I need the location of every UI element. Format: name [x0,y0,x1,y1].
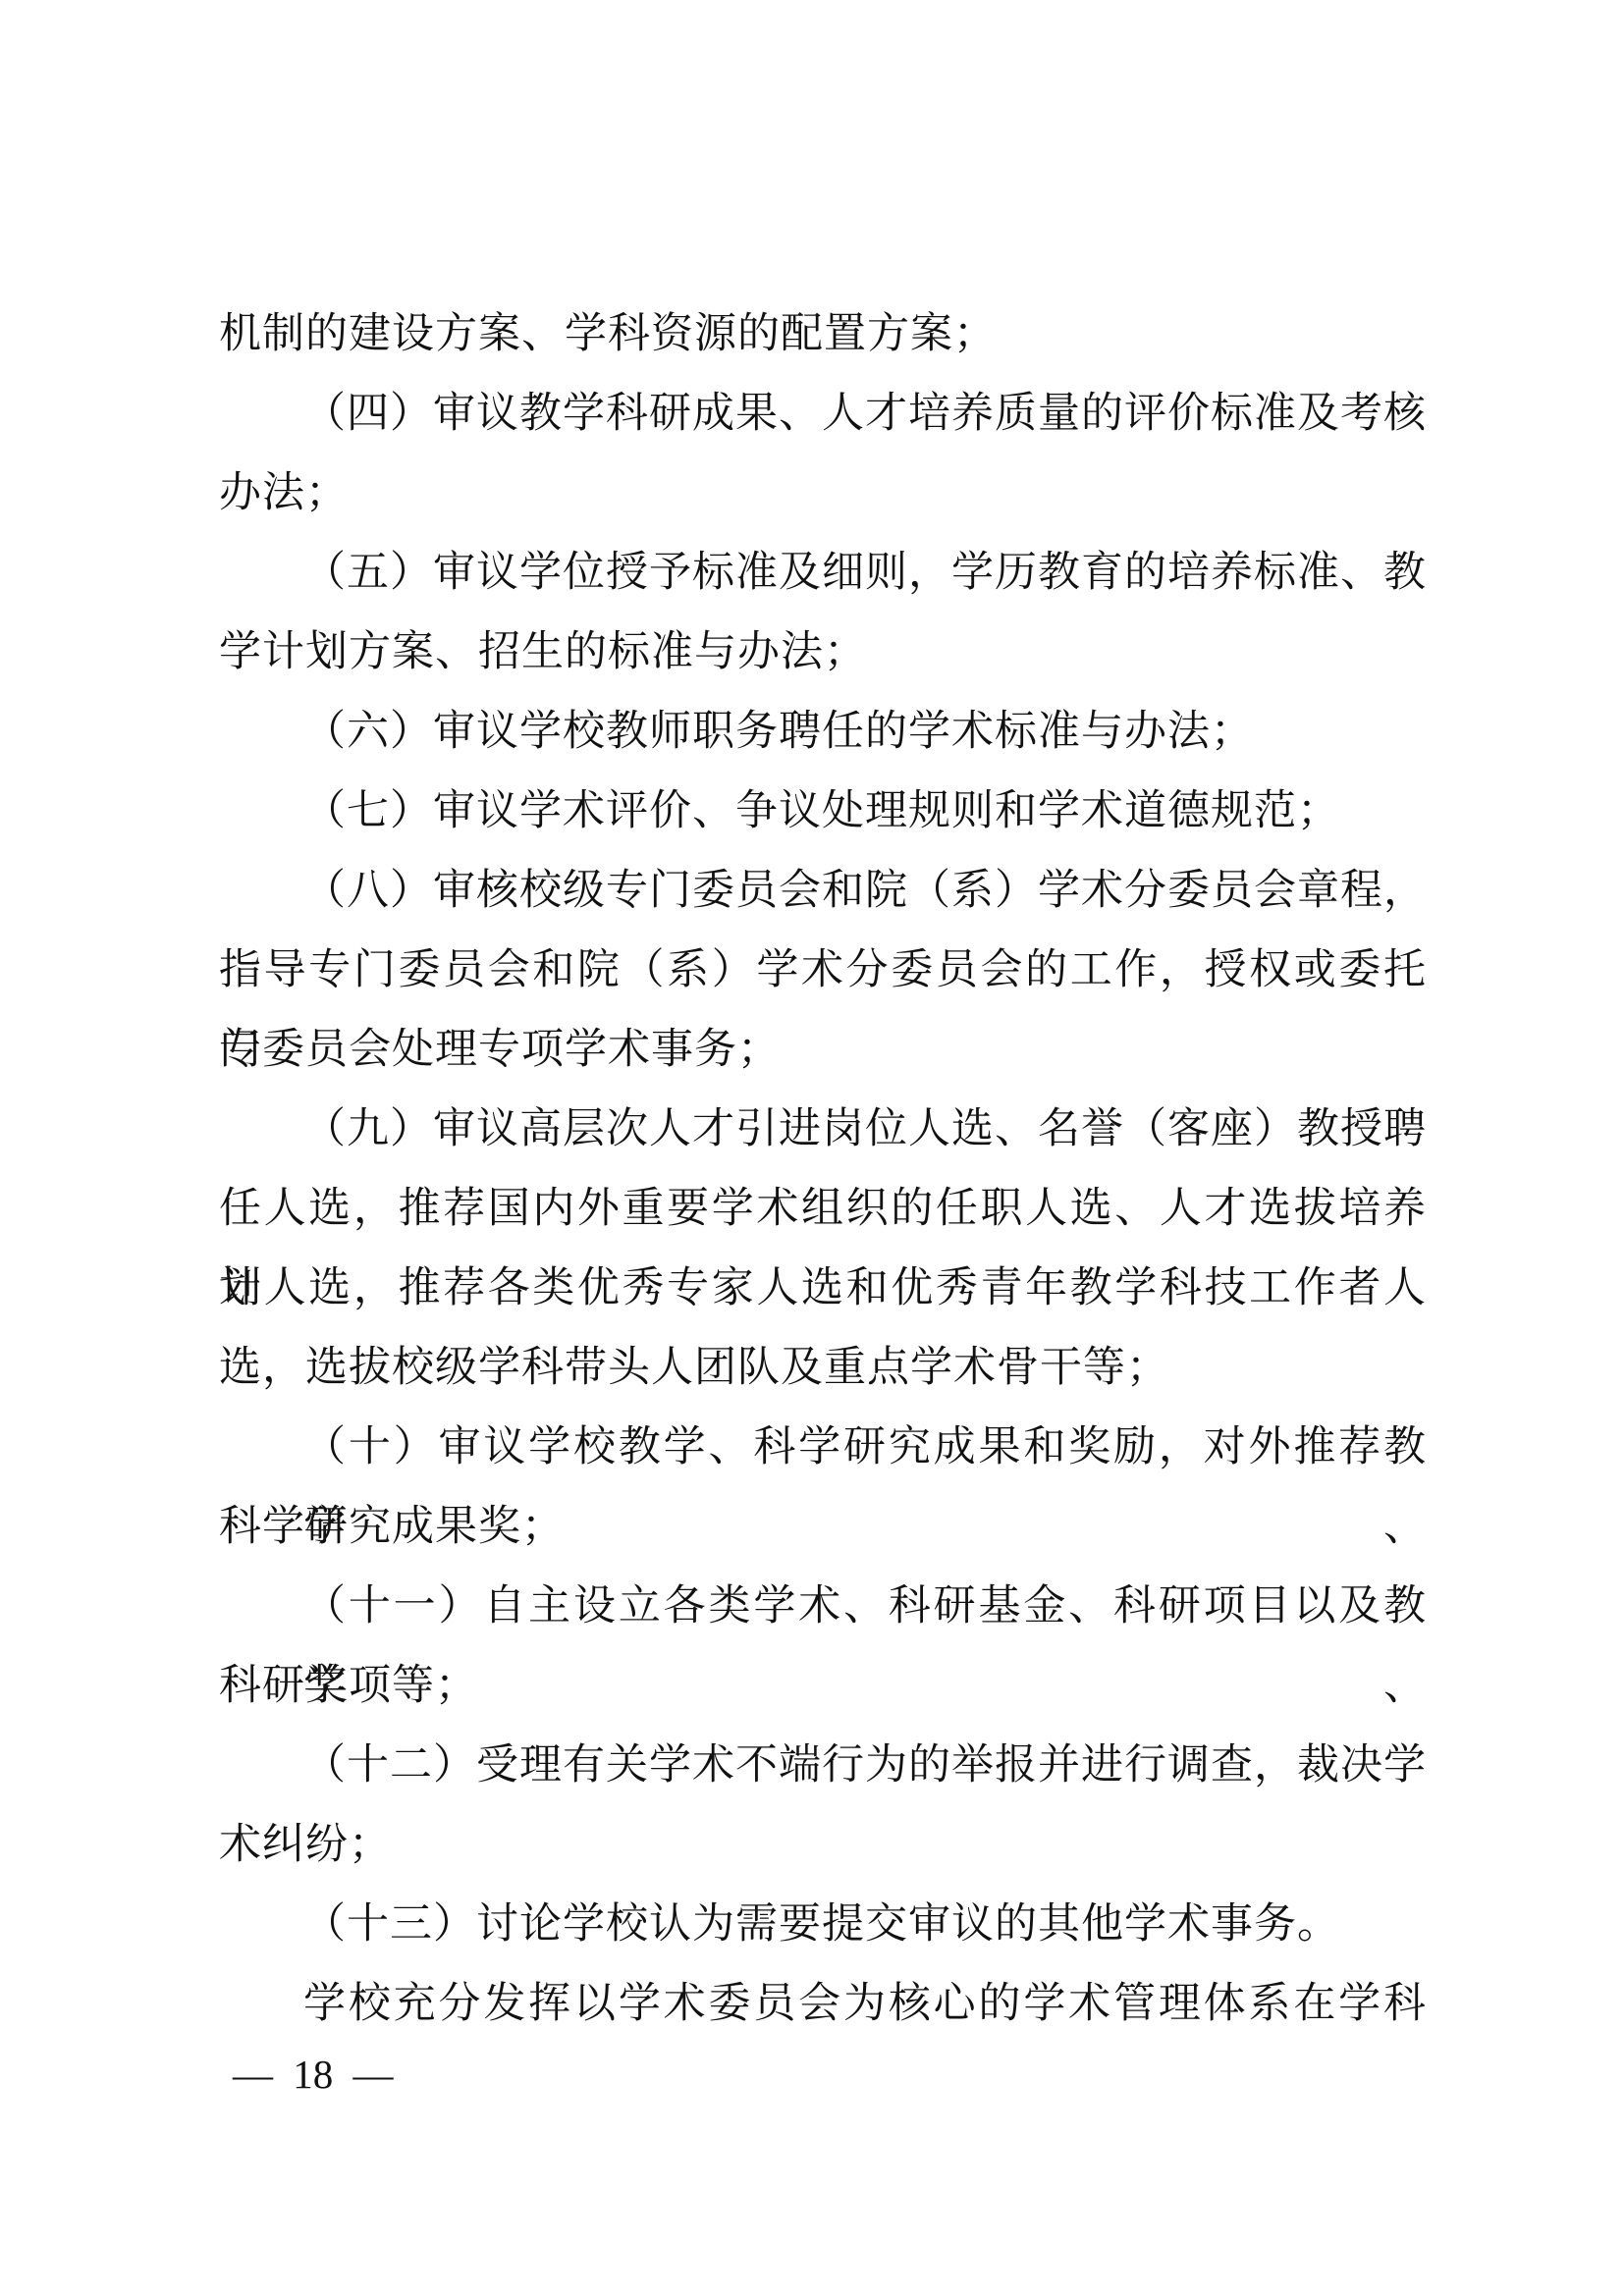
text-line: （五）审议学位授予标准及细则，学历教育的培养标准、教 [219,533,1427,613]
text-line: （七）审议学术评价、争议处理规则和学术道德规范； [219,772,1427,851]
text-line: （四）审议教学科研成果、人才培养质量的评价标准及考核 [219,374,1427,454]
text-line: 机制的建设方案、学科资源的配置方案； [219,294,1427,374]
text-line: （八）审核校级专门委员会和院（系）学术分委员会章程， [219,851,1427,931]
text-line: 办法； [219,454,1427,533]
document-body: 机制的建设方案、学科资源的配置方案； （四）审议教学科研成果、人才培养质量的评价… [219,294,1427,2044]
document-page: 机制的建设方案、学科资源的配置方案； （四）审议教学科研成果、人才培养质量的评价… [0,0,1624,2296]
text-line: （十一）自主设立各类学术、科研基金、科研项目以及教学、 [219,1567,1427,1646]
text-line: 术纠纷； [219,1805,1427,1885]
text-line: 选，选拔校级学科带头人团队及重点学术骨干等； [219,1328,1427,1408]
text-line: （十二）受理有关学术不端行为的举报并进行调查，裁决学 [219,1726,1427,1805]
text-line: 划人选，推荐各类优秀专家人选和优秀青年教学科技工作者人 [219,1249,1427,1328]
text-line: （十）审议学校教学、科学研究成果和奖励，对外推荐教学、 [219,1408,1427,1487]
text-line: 学计划方案、招生的标准与办法； [219,613,1427,692]
text-line: 指导专门委员会和院（系）学术分委员会的工作，授权或委托专 [219,931,1427,1010]
text-line: 门委员会处理专项学术事务； [219,1010,1427,1090]
text-line: （十三）讨论学校认为需要提交审议的其他学术事务。 [219,1885,1427,1964]
text-line: （九）审议高层次人才引进岗位人选、名誉（客座）教授聘 [219,1090,1427,1169]
text-line: 学校充分发挥以学术委员会为核心的学术管理体系在学科 [219,1964,1427,2044]
text-line: 任人选，推荐国内外重要学术组织的任职人选、人才选拔培养计 [219,1169,1427,1249]
page-number: — 18 — [233,2045,394,2104]
text-line: （六）审议学校教师职务聘任的学术标准与办法； [219,692,1427,772]
